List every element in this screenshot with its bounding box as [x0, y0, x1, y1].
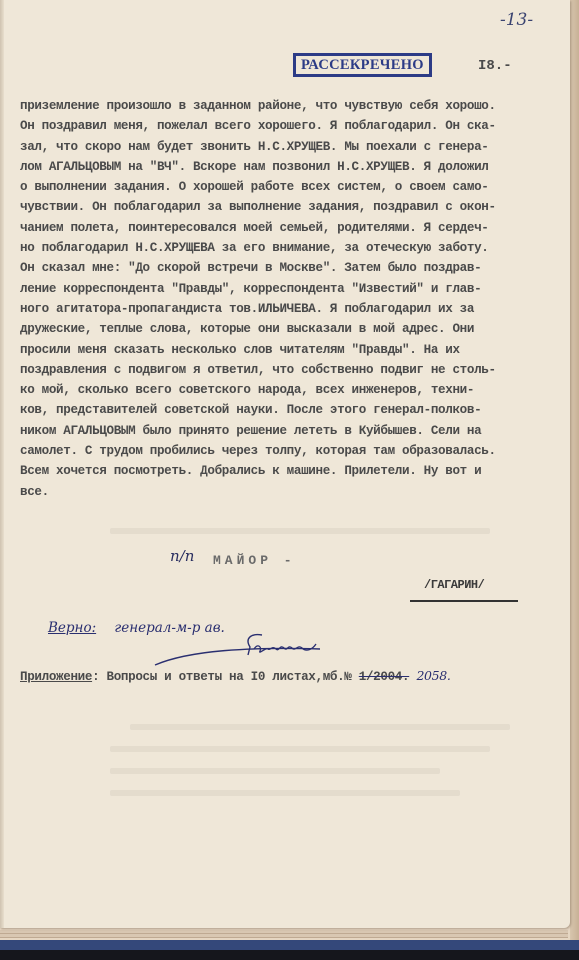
- text-line: ного агитатора-пропагандиста тов.ИЛЬИЧЕВ…: [20, 299, 555, 319]
- text-line: Всем хочется посмотреть. Добрались к маш…: [20, 461, 555, 481]
- text-line: но поблагодарил Н.С.ХРУЩЕВА за его внима…: [20, 238, 555, 258]
- handwritten-page-number: -13-: [500, 10, 533, 30]
- text-line: о выполнении задания. О хорошей работе в…: [20, 177, 555, 197]
- text-line: поздравления с подвигом я ответил, что с…: [20, 360, 555, 380]
- signer-name: /ГАГАРИН/: [424, 578, 484, 592]
- handwritten-number: 2058.: [416, 668, 450, 683]
- text-line: Он поздравил меня, пожелал всего хорошег…: [20, 116, 555, 136]
- text-line: ко мой, сколько всего советского народа,…: [20, 380, 555, 400]
- bleed-through: [130, 724, 510, 730]
- text-line: ником АГАЛЬЦОВЫМ было принято решение ле…: [20, 421, 555, 441]
- bleed-through: [110, 768, 440, 774]
- appendix-line: Приложение: Вопросы и ответы на I0 листа…: [20, 668, 450, 684]
- rank-label: МАЙОР -: [213, 553, 296, 568]
- report-body: приземление произошло в заданном районе,…: [20, 96, 555, 502]
- appendix-text: : Вопросы и ответы на I0 листах,мб.№: [92, 670, 359, 684]
- text-line: дружеские, теплые слова, которые они выс…: [20, 319, 555, 339]
- typed-page-number: I8.-: [478, 58, 512, 74]
- text-line: самолет. С трудом пробились через толпу,…: [20, 441, 555, 461]
- text-line: лом АГАЛЬЦОВЫМ на "ВЧ". Вскоре нам позво…: [20, 157, 555, 177]
- text-line: ков, представителей советской науки. Пос…: [20, 400, 555, 420]
- background-dark: [0, 950, 579, 960]
- text-line: просили меня сказать несколько слов чита…: [20, 340, 555, 360]
- page-edge: [0, 934, 568, 938]
- text-line: Он сказал мне: "До скорой встречи в Моск…: [20, 258, 555, 278]
- signature-underline: [410, 600, 518, 602]
- declassified-stamp: РАССЕКРЕЧЕНО: [293, 53, 432, 77]
- appendix-label: Приложение: [20, 670, 92, 684]
- text-line: приземление произошло в заданном районе,…: [20, 96, 555, 116]
- text-line: чувствии. Он поблагодарил за выполнение …: [20, 197, 555, 217]
- pp-handwritten-mark: п/п: [170, 547, 194, 565]
- bleed-through: [110, 790, 460, 796]
- document-sheet: -13- РАССЕКРЕЧЕНО I8.- приземление произ…: [0, 0, 570, 928]
- struck-out-number: 1/2004.: [359, 670, 409, 684]
- bleed-through: [110, 746, 490, 752]
- text-line: зал, что скоро нам будет звонить Н.С.ХРУ…: [20, 137, 555, 157]
- text-line: ление корреспондента "Правды", корреспон…: [20, 279, 555, 299]
- folder-edge: [570, 0, 579, 940]
- bleed-through: [110, 528, 490, 534]
- background-blue: [0, 940, 579, 950]
- handwritten-signature-icon: [150, 625, 380, 670]
- binding-edge: [0, 0, 4, 928]
- text-line: все.: [20, 482, 555, 502]
- certified-label: Верно:: [48, 620, 96, 636]
- text-line: чанием полета, поинтересовался моей семь…: [20, 218, 555, 238]
